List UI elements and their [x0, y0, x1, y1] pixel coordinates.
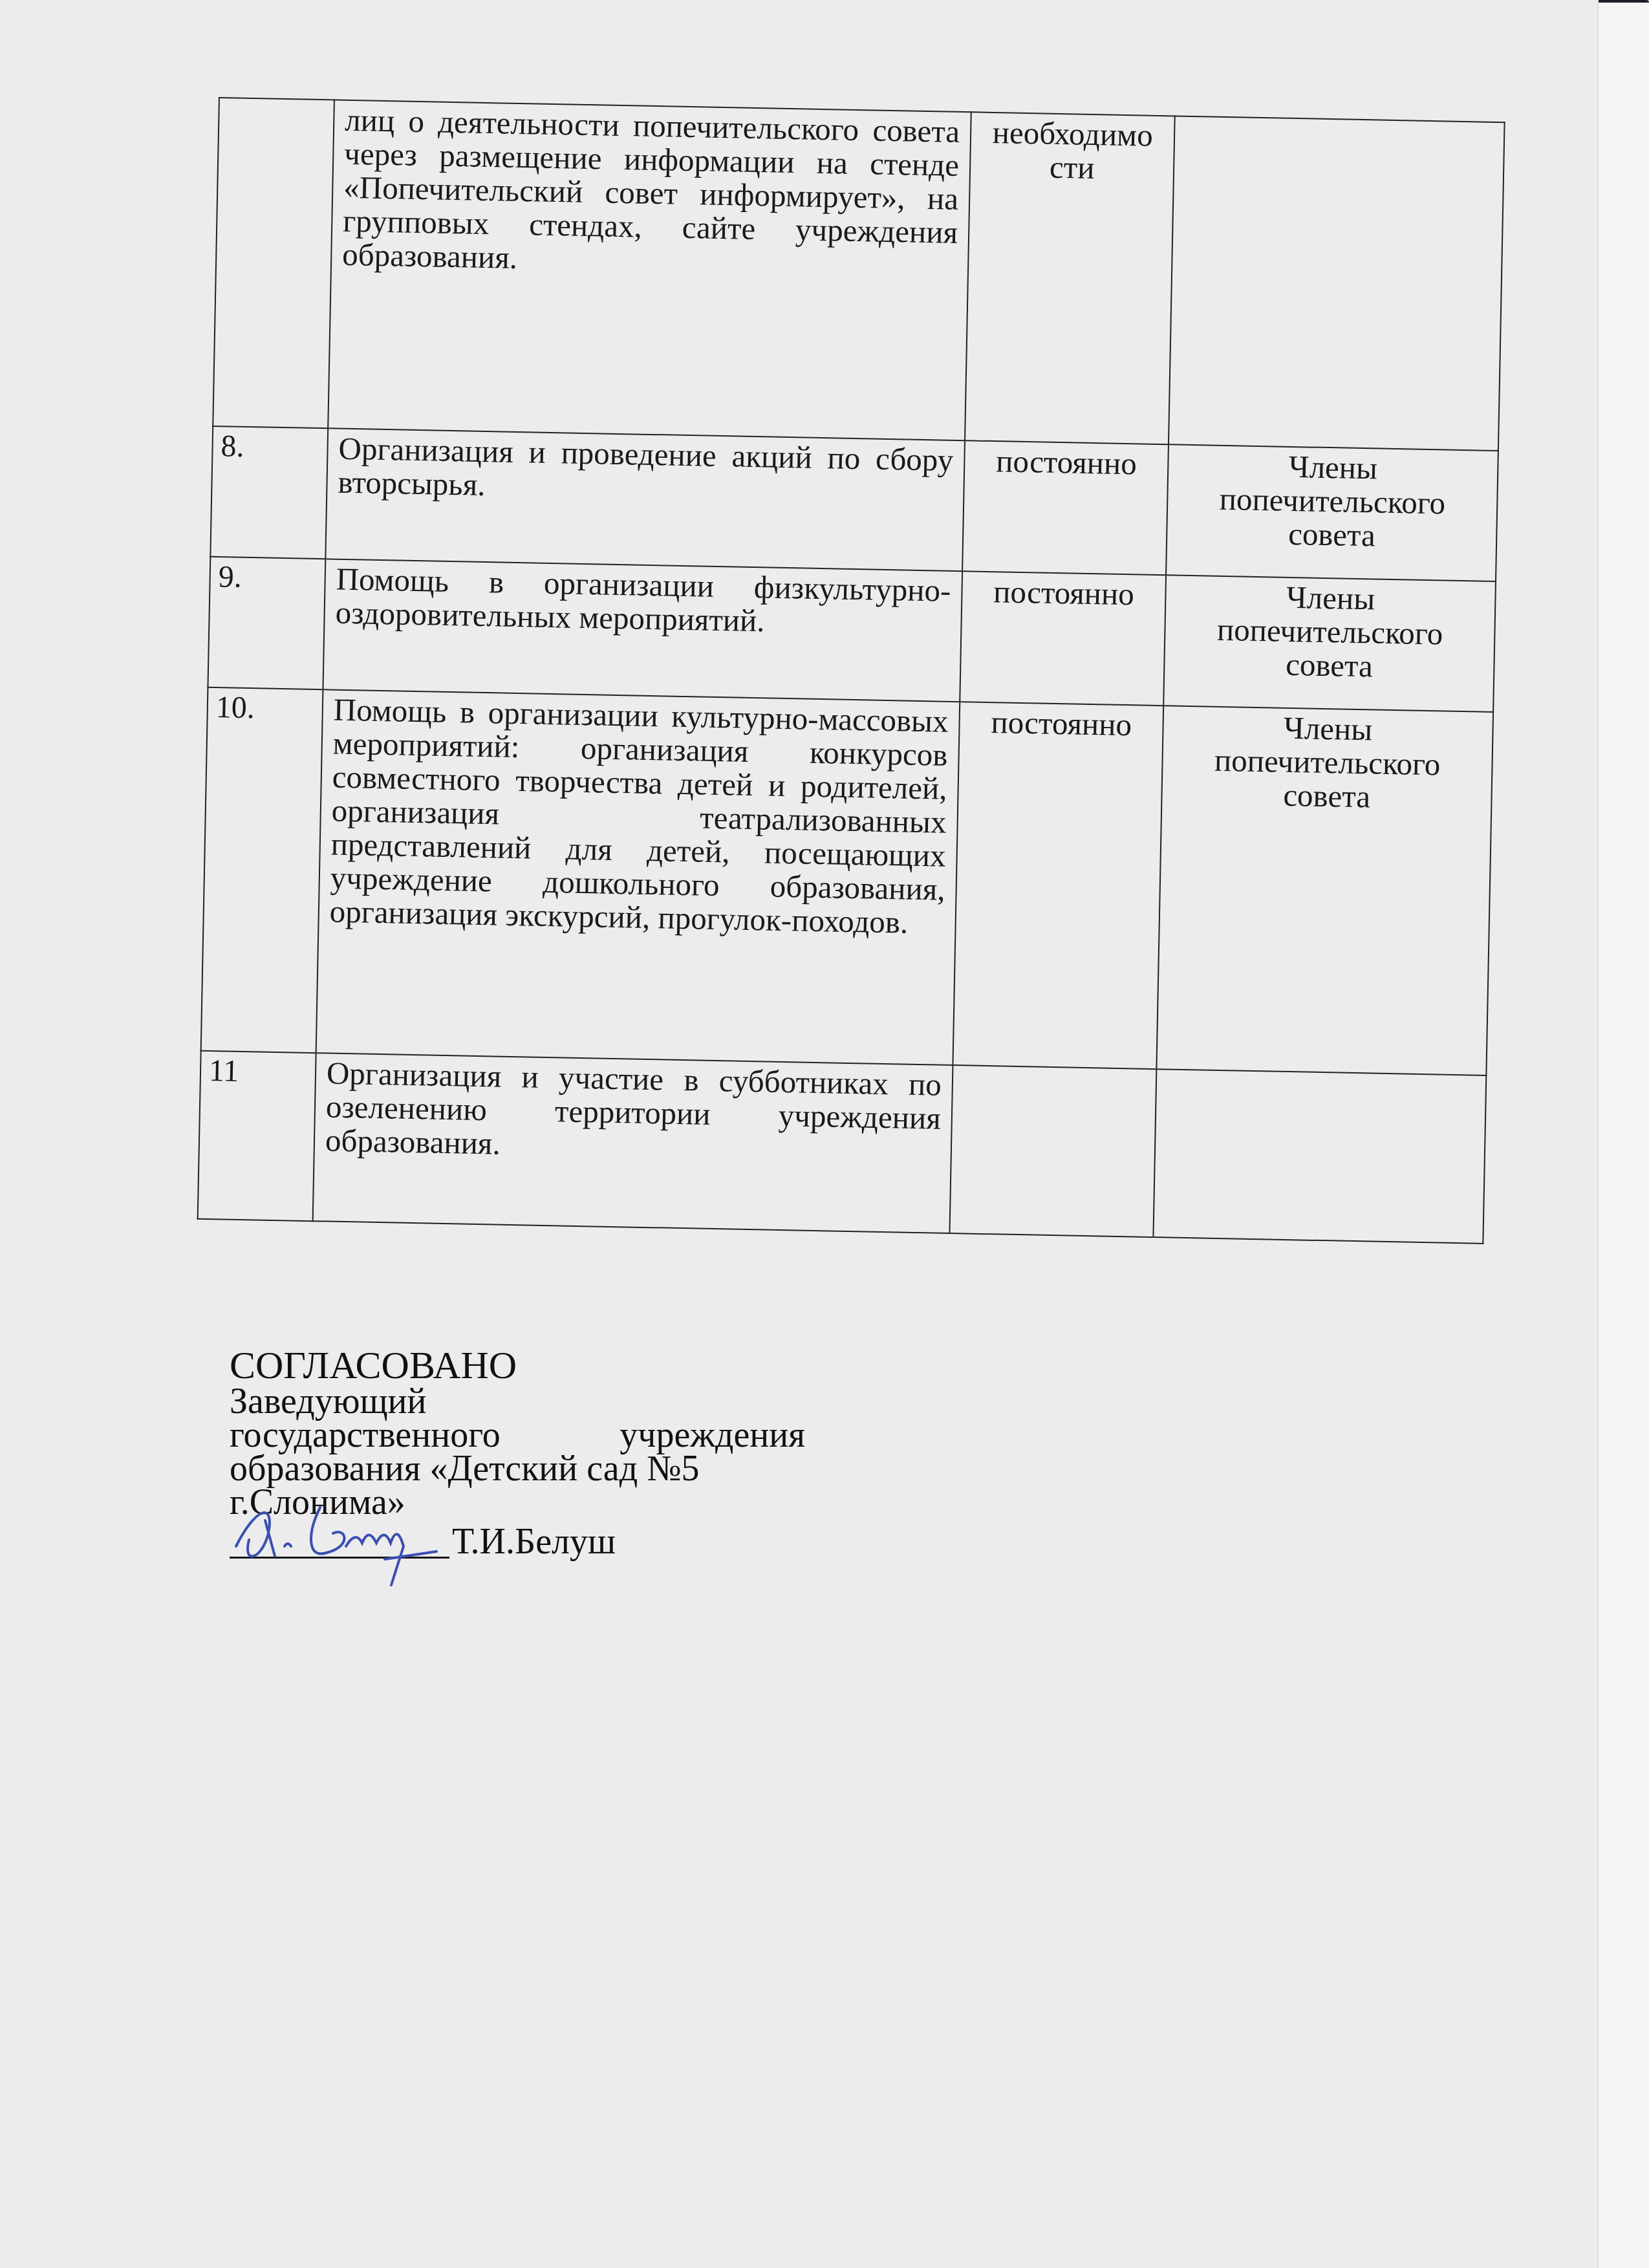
row-responsible: Члены попечительского совета — [1164, 575, 1496, 712]
row-responsible: Члены попечительского совета — [1166, 444, 1498, 581]
approval-institution-name: образования «Детский сад №5 — [230, 1452, 812, 1485]
row-responsible — [1154, 1069, 1487, 1244]
activities-table: лиц о деятельности попечительского совет… — [197, 97, 1505, 1244]
table-row: 9. Помощь в организации физкультурно- оз… — [208, 557, 1496, 712]
row-period: постоянно — [953, 702, 1163, 1069]
activities-table-wrap: лиц о деятельности попечительского совет… — [197, 97, 1505, 1244]
signature-scribble-icon — [230, 1495, 443, 1592]
row-description: Организация и проведение акций по сбору … — [325, 428, 965, 571]
row-period: постоянно — [960, 571, 1166, 706]
approval-title: СОГЛАСОВАНО — [230, 1348, 812, 1382]
row-responsible: Члены попечительского совета — [1157, 706, 1493, 1075]
row-responsible — [1169, 116, 1504, 451]
row-number: 11 — [198, 1051, 316, 1221]
scanner-edge — [1597, 0, 1649, 2268]
row-period: постоянно — [962, 440, 1169, 575]
approval-institution-line: государственного учреждения — [230, 1418, 805, 1452]
row-description: Организация и участие в субботниках по о… — [313, 1053, 953, 1233]
row-number: 10. — [201, 687, 323, 1053]
row-description: Помощь в организации физкультурно- оздор… — [323, 559, 962, 702]
table-row: 10. Помощь в организации культурно-массо… — [201, 687, 1493, 1075]
row-period: необходимо сти — [965, 112, 1175, 444]
row-period — [949, 1065, 1156, 1237]
row-description: Помощь в организации культурно-массовых … — [316, 689, 960, 1065]
signature-blank — [230, 1523, 449, 1559]
row-number — [213, 98, 334, 428]
table-row: 8. Организация и проведение акций по сбо… — [210, 426, 1498, 581]
row-description: лиц о деятельности попечительского совет… — [328, 100, 971, 440]
row-number: 8. — [210, 426, 328, 559]
scanner-edge-top — [1599, 0, 1649, 3]
approval-position: Заведующий — [230, 1385, 812, 1418]
signatory-name: Т.И.Белуш — [452, 1525, 616, 1559]
approval-block: СОГЛАСОВАНО Заведующий государственного … — [230, 1348, 812, 1559]
row-number: 9. — [208, 557, 325, 689]
table-row: лиц о деятельности попечительского совет… — [213, 98, 1504, 451]
signature-line: Т.И.Белуш — [230, 1523, 812, 1559]
table-row: 11 Организация и участие в субботниках п… — [198, 1051, 1487, 1244]
